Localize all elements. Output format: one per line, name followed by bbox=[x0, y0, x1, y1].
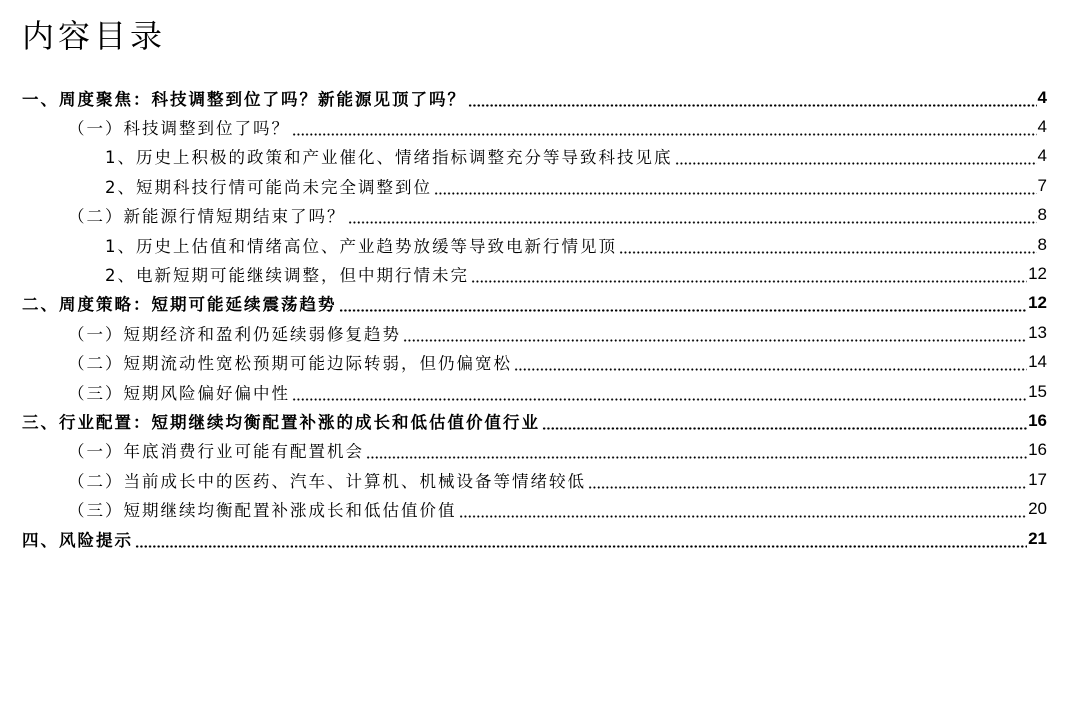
dot-leader bbox=[366, 445, 1027, 459]
dot-leader bbox=[135, 534, 1027, 548]
toc-entry-section-1[interactable]: 一、周度聚焦：科技调整到位了吗？新能源见顶了吗？ 4 bbox=[0, 83, 1080, 112]
toc-page-number: 15 bbox=[1028, 382, 1047, 402]
toc-entry-section-2-3[interactable]: （三）短期风险偏好偏中性 15 bbox=[0, 377, 1080, 406]
dot-leader bbox=[292, 122, 1037, 136]
toc-entry-section-1-2[interactable]: （二）新能源行情短期结束了吗？ 8 bbox=[0, 201, 1080, 230]
toc-page-number: 21 bbox=[1028, 529, 1047, 549]
toc-entry-text: （一）科技调整到位了吗？ bbox=[68, 115, 290, 139]
toc-page-number: 16 bbox=[1028, 440, 1047, 460]
toc-entry-text: （一）年底消费行业可能有配置机会 bbox=[68, 438, 364, 462]
toc-entry-text: （二）短期流动性宽松预期可能边际转弱，但仍偏宽松 bbox=[68, 350, 512, 374]
toc-entry-text: （三）短期风险偏好偏中性 bbox=[68, 380, 290, 404]
toc-entry-text: 2、电新短期可能继续调整，但中期行情未完 bbox=[105, 262, 469, 286]
toc-page-number: 13 bbox=[1028, 323, 1047, 343]
toc-entry-section-1-1-1[interactable]: 1、历史上积极的政策和产业催化、情绪指标调整充分等导致科技见底 4 bbox=[0, 142, 1080, 171]
dot-leader bbox=[542, 416, 1027, 430]
toc-entry-text: 一、周度聚焦：科技调整到位了吗？新能源见顶了吗？ bbox=[22, 86, 466, 110]
toc-entry-section-1-1[interactable]: （一）科技调整到位了吗？ 4 bbox=[0, 112, 1080, 141]
toc-entry-section-1-1-2[interactable]: 2、短期科技行情可能尚未完全调整到位 7 bbox=[0, 171, 1080, 200]
dot-leader bbox=[434, 181, 1037, 195]
dot-leader bbox=[292, 387, 1027, 401]
toc-page-number: 4 bbox=[1038, 146, 1047, 166]
toc-entry-text: 1、历史上估值和情绪高位、产业趋势放缓等导致电新行情见顶 bbox=[105, 233, 617, 257]
toc-entry-section-4[interactable]: 四、风险提示 21 bbox=[0, 524, 1080, 553]
toc-entry-text: （二）当前成长中的医药、汽车、计算机、机械设备等情绪较低 bbox=[68, 468, 586, 492]
toc-entry-section-2-2[interactable]: （二）短期流动性宽松预期可能边际转弱，但仍偏宽松 14 bbox=[0, 348, 1080, 377]
toc-entry-section-3-1[interactable]: （一）年底消费行业可能有配置机会 16 bbox=[0, 436, 1080, 465]
toc-page-number: 12 bbox=[1028, 293, 1047, 313]
toc-page-number: 16 bbox=[1028, 411, 1047, 431]
toc-entry-text: （一）短期经济和盈利仍延续弱修复趋势 bbox=[68, 321, 401, 345]
toc-entry-section-1-2-1[interactable]: 1、历史上估值和情绪高位、产业趋势放缓等导致电新行情见顶 8 bbox=[0, 230, 1080, 259]
toc-entry-section-2-1[interactable]: （一）短期经济和盈利仍延续弱修复趋势 13 bbox=[0, 318, 1080, 347]
toc-entry-section-3-2[interactable]: （二）当前成长中的医药、汽车、计算机、机械设备等情绪较低 17 bbox=[0, 465, 1080, 494]
dot-leader bbox=[403, 328, 1027, 342]
dot-leader bbox=[675, 151, 1037, 165]
toc-entry-text: 2、短期科技行情可能尚未完全调整到位 bbox=[105, 174, 432, 198]
toc-entry-section-3-3[interactable]: （三）短期继续均衡配置补涨成长和低估值价值 20 bbox=[0, 494, 1080, 523]
dot-leader bbox=[619, 240, 1037, 254]
toc-page-number: 8 bbox=[1038, 205, 1047, 225]
toc-entry-text: 四、风险提示 bbox=[22, 527, 133, 551]
table-of-contents: 一、周度聚焦：科技调整到位了吗？新能源见顶了吗？ 4 （一）科技调整到位了吗？ … bbox=[0, 83, 1080, 553]
dot-leader bbox=[471, 269, 1027, 283]
toc-page-number: 14 bbox=[1028, 352, 1047, 372]
dot-leader bbox=[348, 210, 1037, 224]
toc-entry-text: （二）新能源行情短期结束了吗？ bbox=[68, 203, 346, 227]
toc-page-number: 4 bbox=[1038, 88, 1047, 108]
toc-page-number: 8 bbox=[1038, 235, 1047, 255]
toc-entry-text: 1、历史上积极的政策和产业催化、情绪指标调整充分等导致科技见底 bbox=[105, 144, 673, 168]
dot-leader bbox=[468, 93, 1037, 107]
page-title: 内容目录 bbox=[22, 14, 166, 58]
toc-entry-section-1-2-2[interactable]: 2、电新短期可能继续调整，但中期行情未完 12 bbox=[0, 259, 1080, 288]
toc-page-number: 17 bbox=[1028, 470, 1047, 490]
dot-leader bbox=[459, 504, 1028, 518]
toc-entry-text: 二、周度策略：短期可能延续震荡趋势 bbox=[22, 291, 337, 315]
dot-leader bbox=[588, 475, 1027, 489]
toc-page-number: 4 bbox=[1038, 117, 1047, 137]
toc-entry-text: 三、行业配置：短期继续均衡配置补涨的成长和低估值价值行业 bbox=[22, 409, 540, 433]
toc-entry-section-3[interactable]: 三、行业配置：短期继续均衡配置补涨的成长和低估值价值行业 16 bbox=[0, 406, 1080, 435]
toc-page-number: 12 bbox=[1028, 264, 1047, 284]
toc-entry-text: （三）短期继续均衡配置补涨成长和低估值价值 bbox=[68, 497, 457, 521]
dot-leader bbox=[339, 298, 1028, 312]
toc-page-number: 7 bbox=[1038, 176, 1047, 196]
toc-entry-section-2[interactable]: 二、周度策略：短期可能延续震荡趋势 12 bbox=[0, 289, 1080, 318]
dot-leader bbox=[514, 357, 1027, 371]
toc-page-number: 20 bbox=[1028, 499, 1047, 519]
